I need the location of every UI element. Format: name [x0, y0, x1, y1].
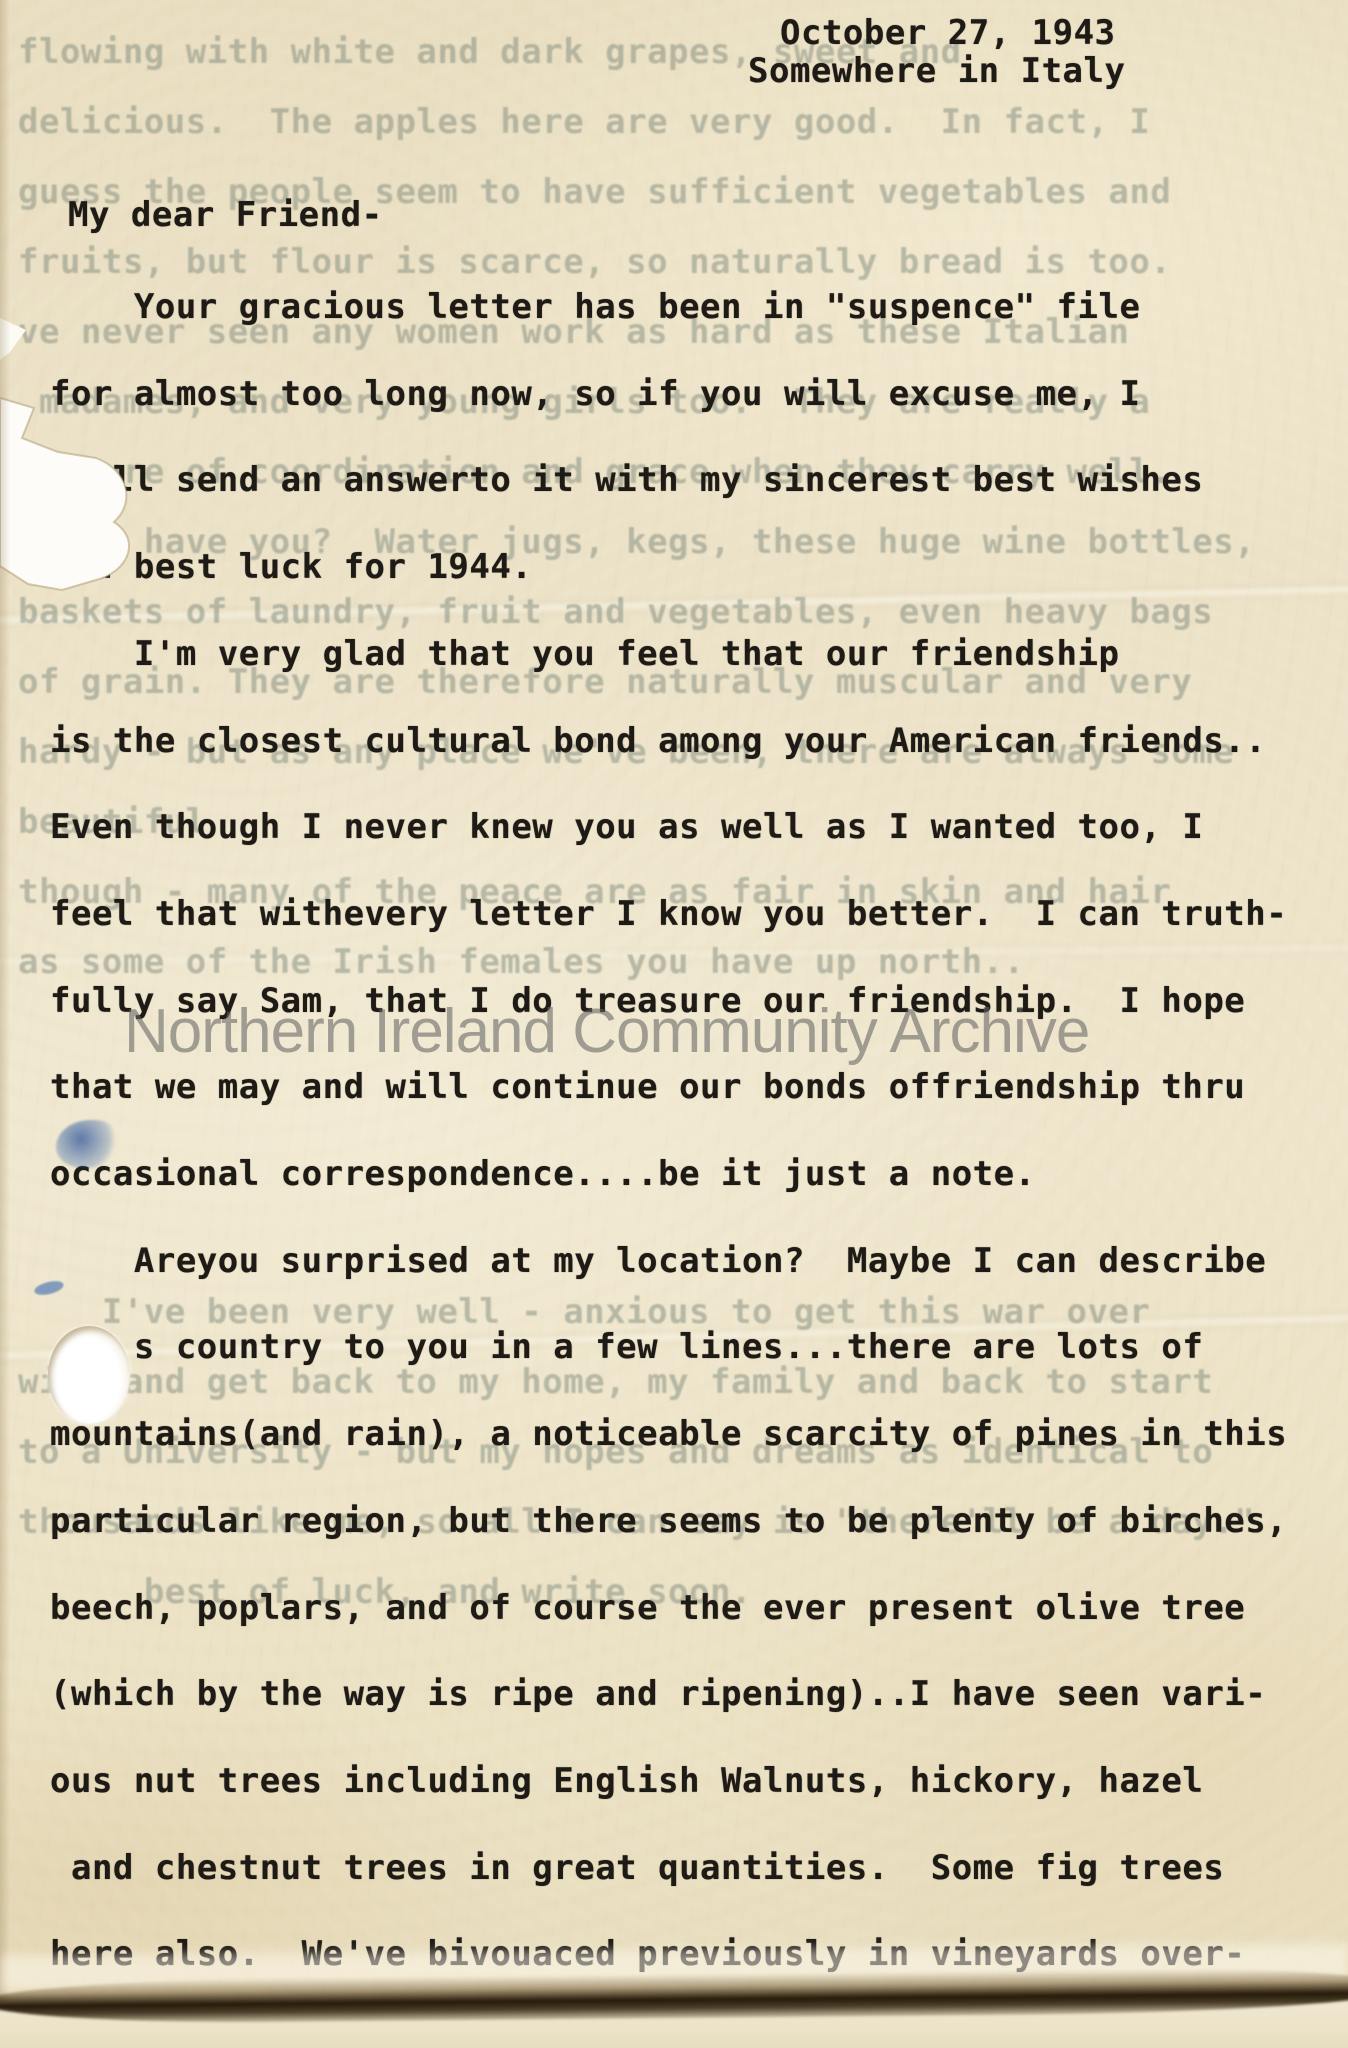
letter-line: I'm very glad that you feel that our fri…: [50, 635, 1119, 673]
letter-line: is the closest cultural bond among your …: [50, 722, 1266, 760]
letter-line: ous nut trees including English Walnuts,…: [50, 1762, 1203, 1800]
letter-line: , ll send an answerto it with my sincere…: [50, 461, 1203, 499]
typed-text-layer: October 27, 1943 Somewhere in Italy My d…: [0, 0, 1348, 2048]
letter-line: Your gracious letter has been in "suspen…: [50, 288, 1140, 326]
letter-line: Areyou surprised at my location? Maybe I…: [50, 1242, 1266, 1280]
letter-line: that we may and will continue our bonds …: [50, 1068, 1245, 1106]
salutation: My dear Friend-: [68, 196, 383, 234]
left-edge-shading: [0, 0, 10, 2048]
letter-line: beech, poplars, and of course the ever p…: [50, 1589, 1245, 1627]
location-line: Somewhere in Italy: [748, 52, 1125, 90]
letter-line: feel that withevery letter I know you be…: [50, 895, 1287, 933]
letter-line: mountains(and rain), a noticeable scarci…: [50, 1415, 1287, 1453]
letter-line: Even though I never knew you as well as …: [50, 808, 1203, 846]
letter-line: particular region, but there seems to be…: [50, 1502, 1287, 1540]
letter-line: occasional correspondence....be it just …: [50, 1155, 1036, 1193]
letter-line: s country to you in a few lines...there …: [50, 1328, 1203, 1366]
letter-scan: flowing with white and dark grapes, swee…: [0, 0, 1348, 2048]
letter-line: for almost too long now, so if you will …: [50, 375, 1140, 413]
date-line: October 27, 1943: [780, 14, 1116, 52]
letter-line: and chestnut trees in great quantities. …: [50, 1849, 1224, 1887]
letter-line: and best luck for 1944.: [50, 548, 532, 586]
letter-line: fully say Sam, that I do treasure our fr…: [50, 982, 1245, 1020]
letter-line: (which by the way is ripe and ripening).…: [50, 1675, 1266, 1713]
